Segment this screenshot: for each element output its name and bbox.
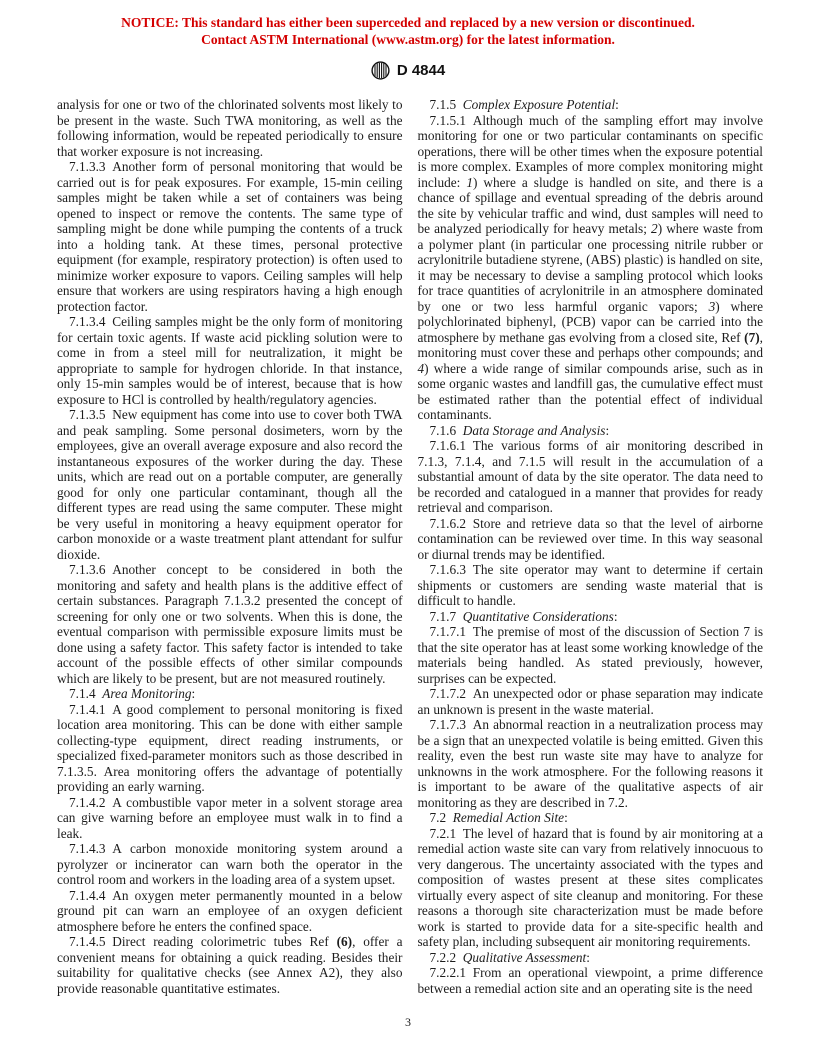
paragraph: 7.1.7 Quantitative Considerations: (418, 609, 764, 625)
text-segment: 7.1.4.1 A good complement to personal mo… (57, 702, 403, 795)
text-segment: (6) (337, 934, 353, 949)
paragraph: 7.1.4.2 A combustible vapor meter in a s… (57, 795, 403, 842)
paragraph: 7.2.2 Qualitative Assessment: (418, 950, 764, 966)
text-segment: 7.1.4.4 An oxygen meter permanently moun… (57, 888, 403, 934)
paragraph: 7.1.4.3 A carbon monoxide monitoring sys… (57, 841, 403, 888)
text-segment: 7.1.7.3 An abnormal reaction in a neutra… (418, 717, 764, 810)
paragraph: 7.1.3.6 Another concept to be considered… (57, 562, 403, 686)
text-segment: 2 (651, 221, 658, 236)
text-segment: analysis for one or two of the chlorinat… (57, 97, 403, 159)
text-segment: 7.1.3.6 Another concept to be considered… (57, 562, 403, 686)
body-columns: analysis for one or two of the chlorinat… (57, 97, 763, 996)
paragraph: 7.1.7.2 An unexpected odor or phase sepa… (418, 686, 764, 717)
text-segment: : (605, 423, 609, 438)
text-segment: : (615, 97, 619, 112)
text-segment: 7.1.6.3 The site operator may want to de… (418, 562, 764, 608)
text-segment: Complex Exposure Potential (463, 97, 615, 112)
text-segment: ) where a wide range of similar compound… (418, 361, 764, 423)
text-segment: : (614, 609, 618, 624)
text-segment: : (192, 686, 196, 701)
text-segment: (7) (744, 330, 760, 345)
column-right: 7.1.5 Complex Exposure Potential:7.1.5.1… (418, 97, 764, 996)
paragraph: 7.2.1 The level of hazard that is found … (418, 826, 764, 950)
astm-logo-icon (371, 61, 390, 80)
supersession-notice: NOTICE: This standard has either been su… (0, 15, 816, 48)
text-segment: : (586, 950, 590, 965)
text-segment: 7.1.7.1 The premise of most of the discu… (418, 624, 764, 686)
text-segment: Quantitative Considerations (463, 609, 614, 624)
paragraph: 7.1.5 Complex Exposure Potential: (418, 97, 764, 113)
paragraph: 7.1.3.4 Ceiling samples might be the onl… (57, 314, 403, 407)
paragraph: 7.1.7.1 The premise of most of the discu… (418, 624, 764, 686)
page-number: 3 (405, 1015, 411, 1029)
text-segment: 7.2.2.1 From an operational viewpoint, a… (418, 965, 764, 996)
text-segment: 7.1.4.3 A carbon monoxide monitoring sys… (57, 841, 403, 887)
paragraph: analysis for one or two of the chlorinat… (57, 97, 403, 159)
paragraph: 7.1.3.3 Another form of personal monitor… (57, 159, 403, 314)
text-segment: 7.1.5 (430, 97, 463, 112)
paragraph: 7.2 Remedial Action Site: (418, 810, 764, 826)
notice-line-2: Contact ASTM International (www.astm.org… (0, 32, 816, 49)
text-segment: 7.1.4.2 A combustible vapor meter in a s… (57, 795, 403, 841)
designation-header: D 4844 (0, 61, 816, 80)
paragraph: 7.1.3.5 New equipment has come into use … (57, 407, 403, 562)
text-segment: : (564, 810, 568, 825)
paragraph: 7.1.6.1 The various forms of air monitor… (418, 438, 764, 516)
paragraph: 7.1.4 Area Monitoring: (57, 686, 403, 702)
page-footer: 3 (0, 1015, 816, 1030)
paragraph: 7.1.6.2 Store and retrieve data so that … (418, 516, 764, 563)
paragraph: 7.1.4.5 Direct reading colorimetric tube… (57, 934, 403, 996)
notice-line-1: NOTICE: This standard has either been su… (0, 15, 816, 32)
paragraph: 7.1.7.3 An abnormal reaction in a neutra… (418, 717, 764, 810)
text-segment: Remedial Action Site (453, 810, 564, 825)
text-segment: 1 (466, 175, 473, 190)
standard-designation: D 4844 (397, 62, 445, 79)
text-segment: 7.1.3.5 New equipment has come into use … (57, 407, 403, 562)
text-segment: 7.2.1 The level of hazard that is found … (418, 826, 764, 950)
paragraph: 7.2.2.1 From an operational viewpoint, a… (418, 965, 764, 996)
text-segment: 7.1.6.2 Store and retrieve data so that … (418, 516, 764, 562)
text-segment: 7.1.6.1 The various forms of air monitor… (418, 438, 764, 515)
text-segment: 7.1.3.3 Another form of personal monitor… (57, 159, 403, 314)
text-segment: 7.1.7.2 An unexpected odor or phase sepa… (418, 686, 764, 717)
paragraph: 7.1.6.3 The site operator may want to de… (418, 562, 764, 609)
text-segment: 7.1.4 (69, 686, 102, 701)
paragraph: 7.1.4.4 An oxygen meter permanently moun… (57, 888, 403, 935)
document-page: NOTICE: This standard has either been su… (0, 0, 816, 1056)
text-segment: 7.1.4.5 Direct reading colorimetric tube… (69, 934, 337, 949)
text-segment: 7.1.7 (430, 609, 463, 624)
text-segment: Qualitative Assessment (463, 950, 586, 965)
text-segment: Area Monitoring (102, 686, 191, 701)
text-segment: 7.2.2 (430, 950, 463, 965)
text-segment: 7.1.6 (430, 423, 463, 438)
text-segment: 7.1.3.4 Ceiling samples might be the onl… (57, 314, 403, 407)
paragraph: 7.1.5.1 Although much of the sampling ef… (418, 113, 764, 423)
paragraph: 7.1.4.1 A good complement to personal mo… (57, 702, 403, 795)
text-segment: Data Storage and Analysis (463, 423, 606, 438)
text-segment: 7.2 (430, 810, 453, 825)
paragraph: 7.1.6 Data Storage and Analysis: (418, 423, 764, 439)
column-left: analysis for one or two of the chlorinat… (57, 97, 403, 996)
